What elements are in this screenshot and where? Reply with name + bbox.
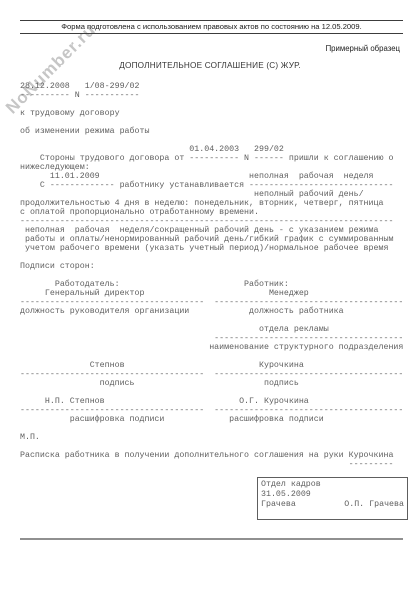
stamp-signature-name: О.П. Грачева [344, 500, 404, 510]
document-title: ДОПОЛНИТЕЛЬНОЕ СОГЛАШЕНИЕ (С) ЖУР. [0, 61, 420, 70]
footer-divider [20, 538, 403, 540]
hr-stamp-box: Отдел кадров 31.05.2009 Грачева О.П. Гра… [257, 477, 408, 520]
document-page: NoNumber.ru Форма подготовлена с использ… [0, 0, 420, 600]
stamp-date: 31.05.2009 [261, 490, 404, 500]
stamp-signature-row: Грачева О.П. Грачева [261, 500, 404, 510]
stamp-department: Отдел кадров [261, 480, 404, 490]
prepared-note: Форма подготовлена с использованием прав… [20, 20, 403, 34]
document-body-text: 28.12.2008 1/08-299/02 ---------- N ----… [20, 82, 403, 469]
sample-label: Примерный образец [326, 44, 400, 53]
stamp-signature: Грачева [261, 500, 296, 510]
